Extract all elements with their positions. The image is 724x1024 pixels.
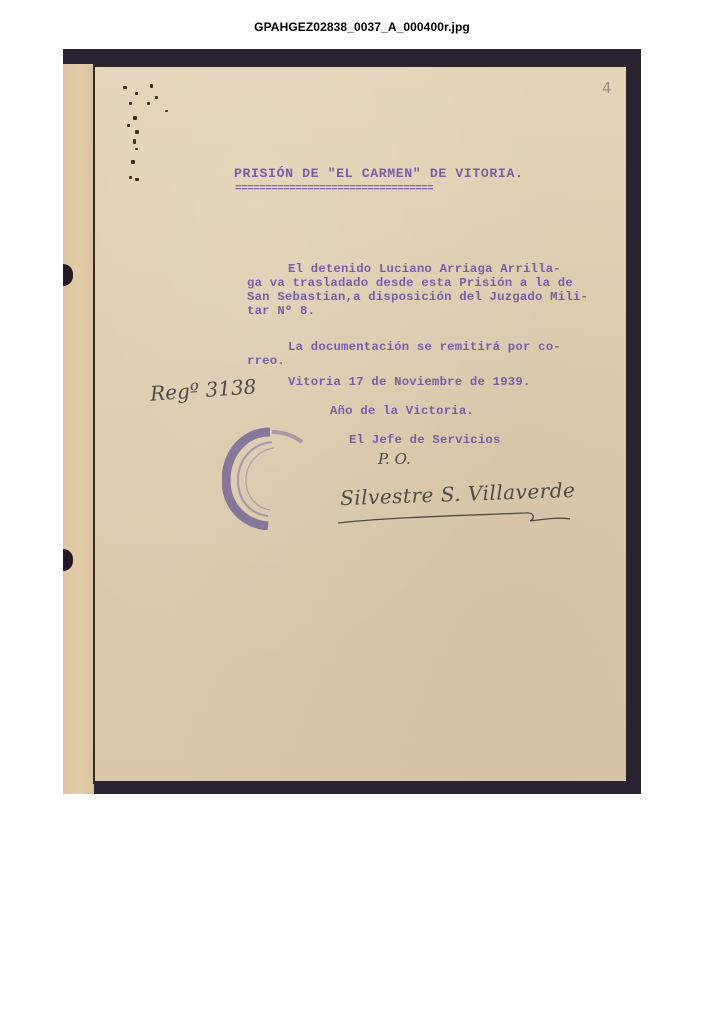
- body-line-4: tar Nº 8.: [247, 304, 315, 318]
- page-number: 4: [602, 79, 612, 97]
- official-stamp-icon: [222, 426, 308, 530]
- file-name-title: GPAHGEZ02838_0037_A_000400r.jpg: [0, 20, 724, 34]
- paragraph2-line-2: rreo.: [247, 354, 285, 368]
- heading-underline: =================================: [235, 183, 433, 195]
- body-line-1: El detenido Luciano Arriaga Arrilla-: [288, 262, 561, 276]
- body-line-2: ga va trasladado desde esta Prisión a la…: [247, 276, 573, 290]
- adjacent-page-strip: [63, 64, 94, 794]
- body-line-3: San Sebastian,a disposición del Juzgado …: [247, 290, 588, 304]
- handwritten-po-note: P. O.: [378, 450, 411, 468]
- signatory-title: El Jefe de Servicios: [349, 433, 501, 447]
- signature-flourish-icon: [330, 505, 575, 530]
- date-line: Vitoria 17 de Noviembre de 1939.: [288, 375, 531, 389]
- document-heading: PRISIÓN DE "EL CARMEN" DE VITORIA.: [234, 166, 523, 181]
- staple-holes-icon: [115, 82, 175, 192]
- year-motto: Año de la Victoria.: [330, 404, 474, 418]
- paragraph2-line-1: La documentación se remitirá por co-: [288, 340, 561, 354]
